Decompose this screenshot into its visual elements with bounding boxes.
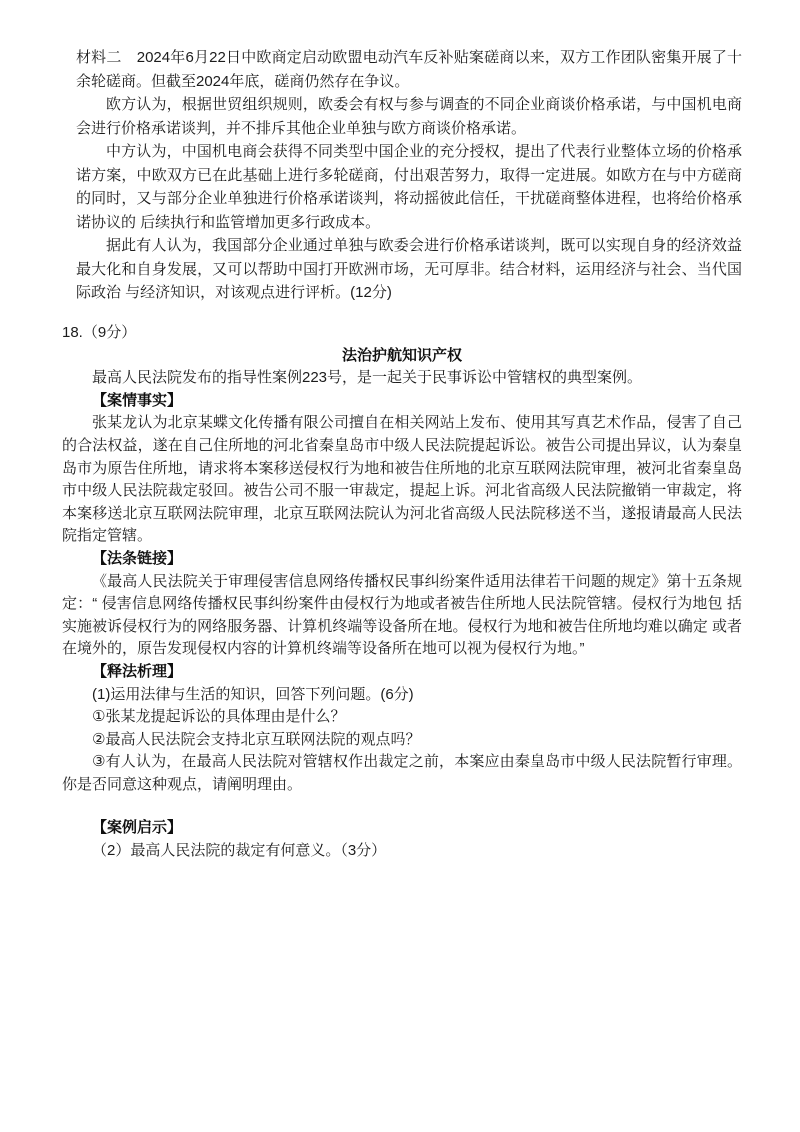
interpretation-subquestion-2: ②最高人民法院会支持北京互联网法院的观点吗？	[62, 729, 742, 752]
question-18-intro: 最高人民法院发布的指导性案例223号，是一起关于民事诉讼中管辖权的典型案例。	[62, 367, 742, 390]
material-2-section: 材料二 2024年6月22日中欧商定启动欧盟电动汽车反补贴案磋商以来，双方工作团…	[76, 46, 742, 305]
interpretation-question-1: (1)运用法律与生活的知识，回答下列问题。(6分)	[62, 684, 742, 707]
interpretation-subquestion-1: ①张某龙提起诉讼的具体理由是什么？	[62, 706, 742, 729]
exam-page: 材料二 2024年6月22日中欧商定启动欧盟电动汽车反补贴案磋商以来，双方工作团…	[0, 0, 800, 1132]
case-facts-body: 张某龙认为北京某蝶文化传播有限公司擅自在相关网站上发布、使用其写真艺术作品，侵害…	[62, 412, 742, 548]
law-link-body: 《最高人民法院关于审理侵害信息网络传播权民事纠纷案件适用法律若干问题的规定》第十…	[62, 571, 742, 661]
question-18-number: 18.（9分）	[62, 322, 742, 345]
interpretation-subquestion-3: ③有人认为，在最高人民法院对管辖权作出裁定之前，本案应由秦皇岛市中级人民法院暂行…	[62, 751, 742, 796]
material-2-question-text: 据此有人认为，我国部分企业通过单独与欧委会进行价格承诺谈判，既可以实现自身的经济…	[76, 234, 742, 305]
section-header-case-facts: 【案情事实】	[62, 390, 742, 413]
section-header-case-revelation: 【案例启示】	[62, 817, 742, 840]
question-18-title: 法治护航知识产权	[62, 345, 742, 368]
question-18-section: 18.（9分） 法治护航知识产权 最高人民法院发布的指导性案例223号，是一起关…	[62, 322, 742, 796]
material-2-paragraph: 欧方认为，根据世贸组织规则，欧委会有权与参与调查的不同企业商谈价格承诺，与中国机…	[76, 93, 742, 140]
section-header-interpretation: 【释法析理】	[62, 661, 742, 684]
revelation-question-2: （2）最高人民法院的裁定有何意义。（3分）	[62, 840, 742, 863]
case-revelation-section: 【案例启示】 （2）最高人民法院的裁定有何意义。（3分）	[62, 817, 742, 862]
section-header-law-link: 【法条链接】	[62, 548, 742, 571]
material-2-paragraph: 材料二 2024年6月22日中欧商定启动欧盟电动汽车反补贴案磋商以来，双方工作团…	[76, 46, 742, 93]
material-2-paragraph: 中方认为，中国机电商会获得不同类型中国企业的充分授权，提出了代表行业整体立场的价…	[76, 140, 742, 234]
